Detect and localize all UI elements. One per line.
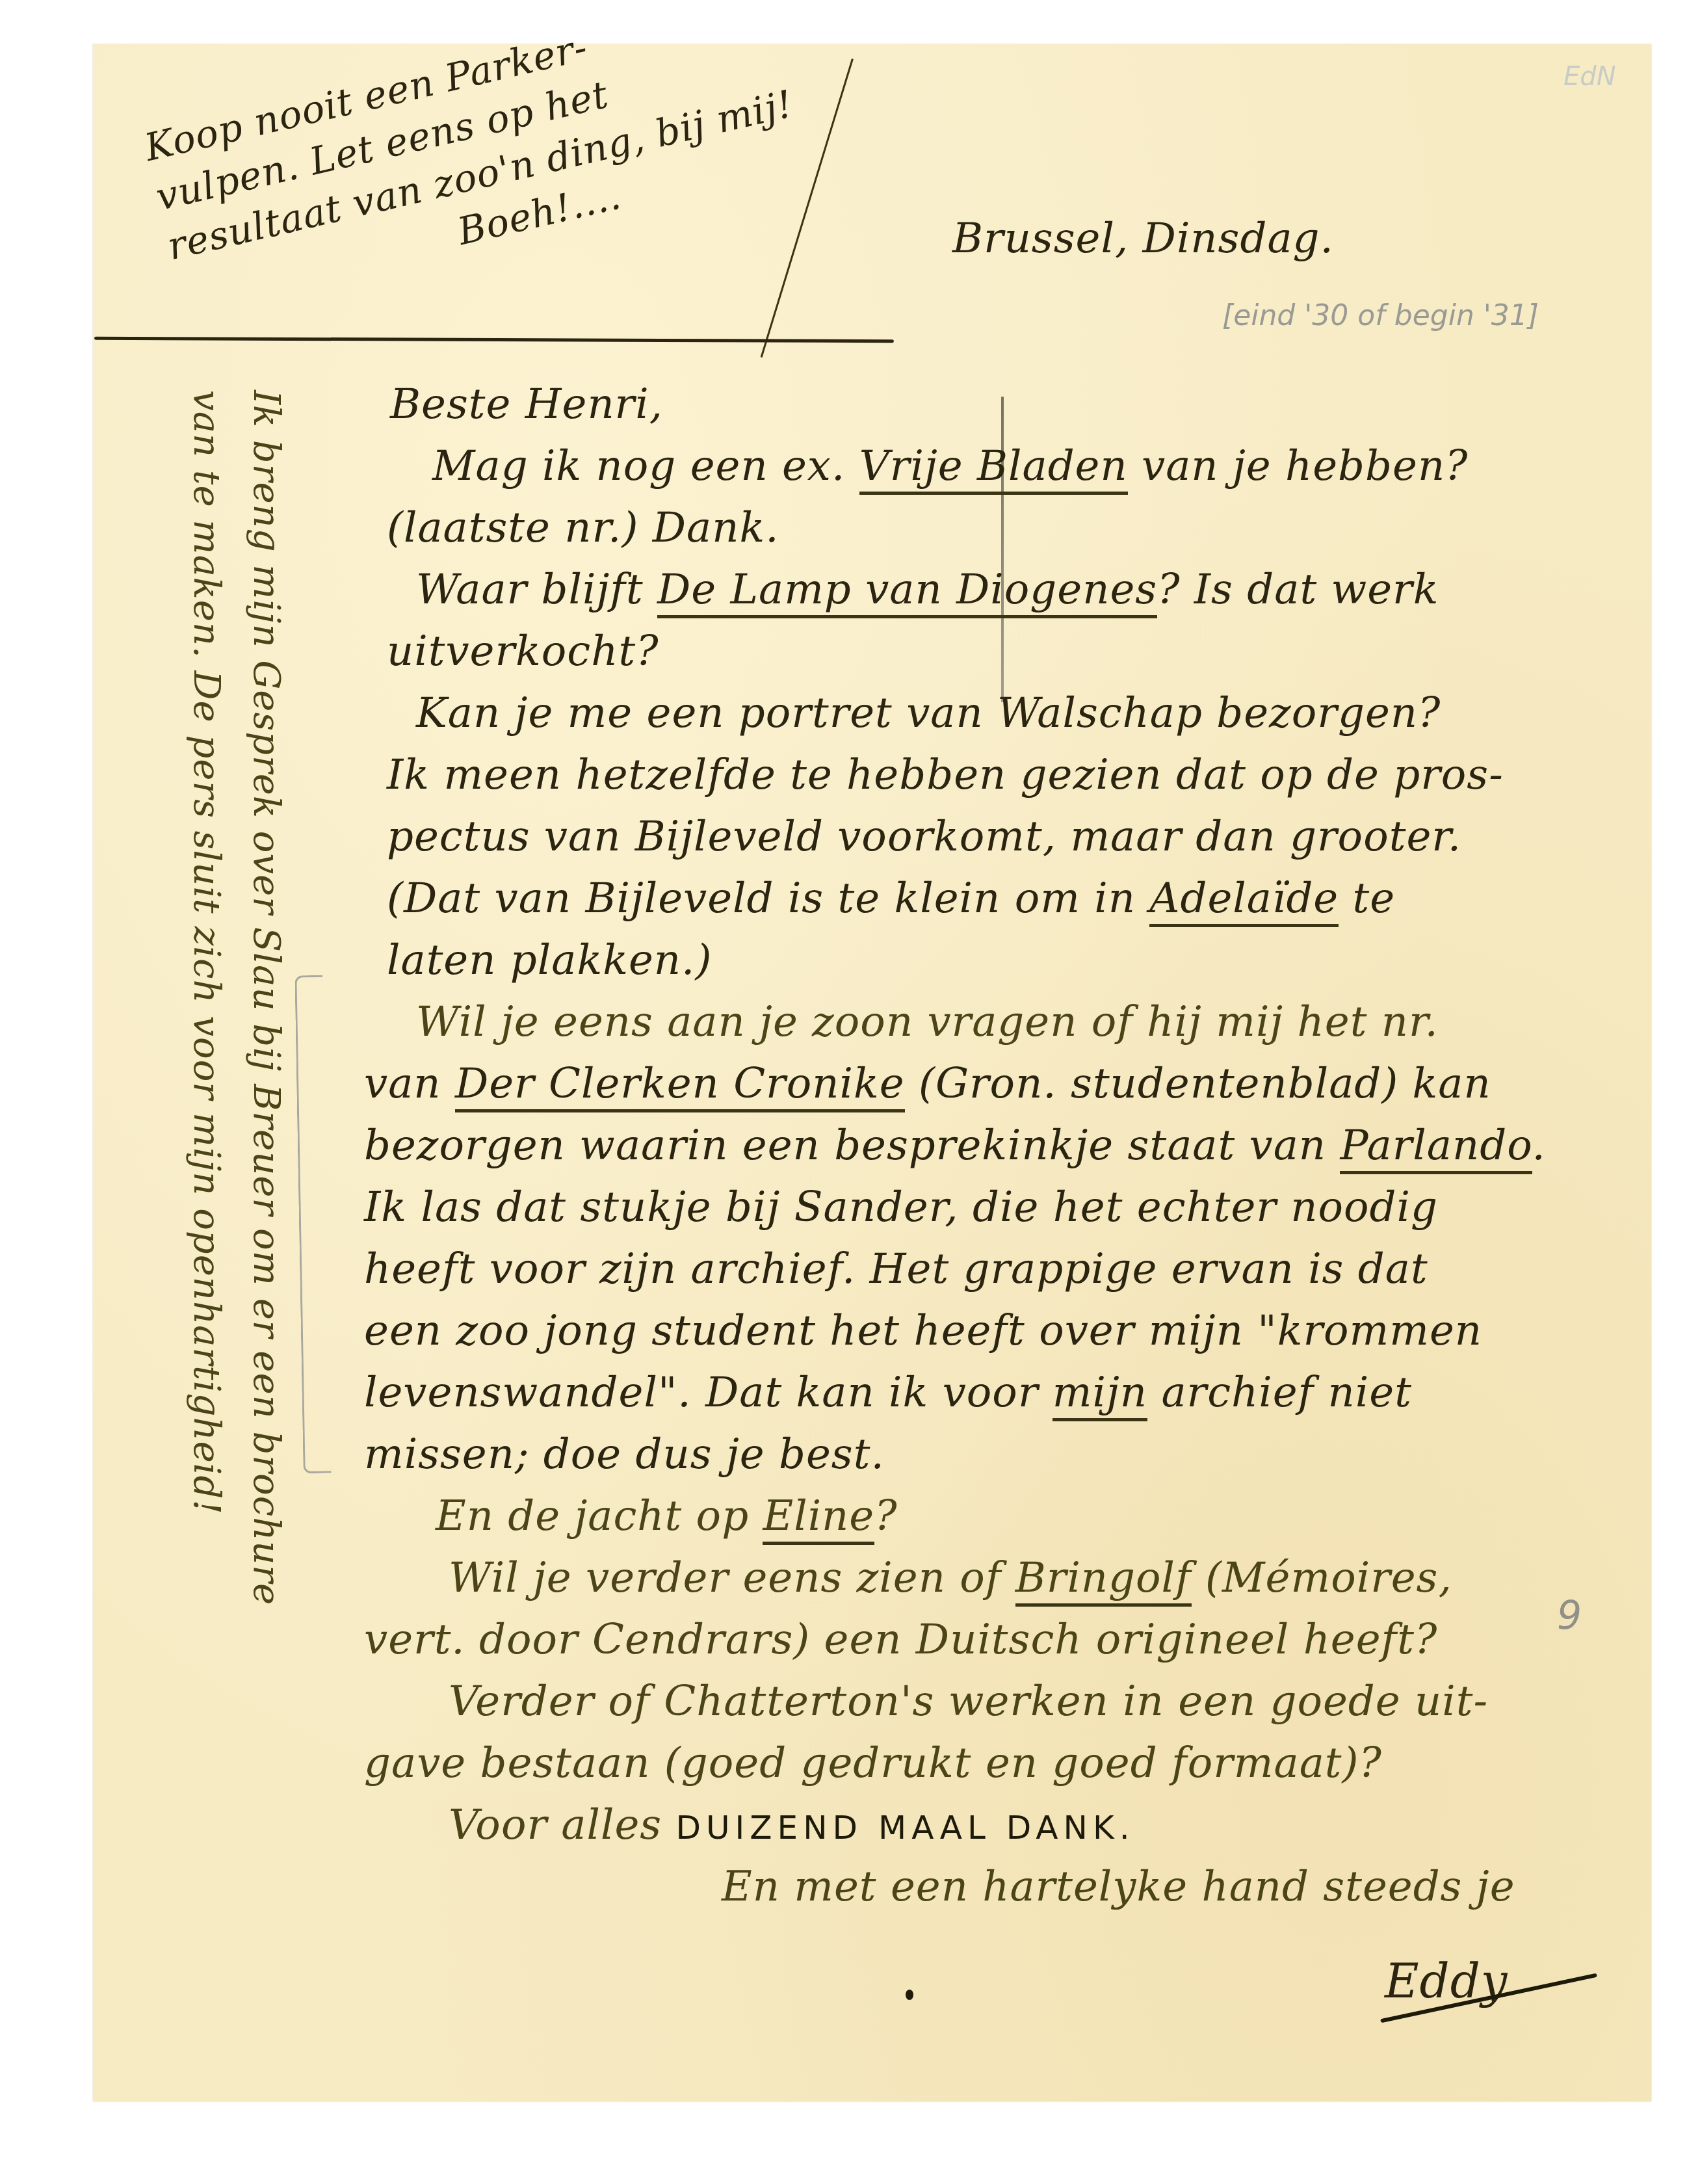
body-line: vert. door Cendrars) een Duitsch origine… — [364, 1616, 1437, 1664]
underlined-title: Eline — [763, 1492, 874, 1545]
body-line: (Dat van Bijleveld is te klein om in Ade… — [387, 875, 1395, 923]
body-line: Ik las dat stukje bij Sander, die het ec… — [364, 1183, 1438, 1231]
pencil-date-note: [eind '30 of begin '31] — [1222, 299, 1539, 332]
underlined-title: Bringolf — [1015, 1554, 1192, 1607]
ink-dot — [906, 1990, 913, 2000]
body-line: gave bestaan (goed gedrukt en goed forma… — [364, 1739, 1382, 1787]
vertical-note-line: Ik breng mijn Gesprek over Slau bij Breu… — [236, 390, 296, 1605]
body-line: Waar blijft De Lamp van Diogenes? Is dat… — [416, 566, 1439, 614]
underlined-title: Parlando — [1340, 1122, 1532, 1174]
body-line: Kan je me een portret van Walschap bezor… — [416, 689, 1441, 737]
body-line: bezorgen waarin een besprekinkje staat v… — [364, 1122, 1546, 1170]
salutation: Beste Henri, — [390, 380, 663, 428]
body-line: een zoo jong student het heeft over mijn… — [364, 1307, 1482, 1355]
underlined-title: De Lamp van Diogenes — [657, 566, 1157, 618]
underlined-title: Der Clerken Cronike — [455, 1060, 905, 1112]
body-line: Mag ik nog een ex. Vrije Bladen van je h… — [432, 442, 1468, 490]
body-line: uitverkocht? — [387, 627, 659, 676]
body-line: van Der Clerken Cronike (Gron. studenten… — [364, 1060, 1491, 1108]
vertical-margin-note: Ik breng mijn Gesprek over Slau bij Breu… — [176, 390, 296, 1605]
signature: Eddy — [1385, 1954, 1508, 2008]
body-line: Wil je verder eens zien of Bringolf (Mém… — [449, 1554, 1452, 1602]
thanks-caps: DUIZEND MAAL DANK. — [676, 1809, 1135, 1847]
body-line: Wil je eens aan je zoon vragen of hij mi… — [416, 998, 1439, 1046]
closing: En met een hartelyke hand steeds je — [722, 1863, 1515, 1911]
body-line: levenswandel". Dat kan ik voor mijn arch… — [364, 1369, 1412, 1417]
body-line: missen; doe dus je best. — [364, 1430, 885, 1479]
pencil-page-mark: 9 — [1557, 1593, 1582, 1638]
body-line: pectus van Bijleveld voorkomt, maar dan … — [387, 813, 1461, 861]
body-line: En de jacht op Eline? — [436, 1492, 898, 1540]
body-line: laten plakken.) — [387, 936, 712, 984]
thanks-line: Voor alles DUIZEND MAAL DANK. — [449, 1801, 1135, 1849]
archive-mark: EdN — [1563, 62, 1616, 92]
body-line: Ik meen hetzelfde te hebben gezien dat o… — [387, 751, 1504, 799]
body-line: (laatste nr.) Dank. — [387, 504, 779, 552]
underlined-title: Vrije Bladen — [859, 442, 1128, 495]
body-line: heeft voor zijn archief. Het grappige er… — [364, 1245, 1428, 1293]
underlined-word: mijn — [1053, 1369, 1147, 1421]
vertical-note-line: van te maken. De pers sluit zich voor mi… — [176, 390, 236, 1605]
underlined-title: Adelaïde — [1149, 875, 1339, 927]
body-line: Verder of Chatterton's werken in een goe… — [449, 1677, 1488, 1726]
place-date: Brussel, Dinsdag. — [952, 215, 1334, 263]
